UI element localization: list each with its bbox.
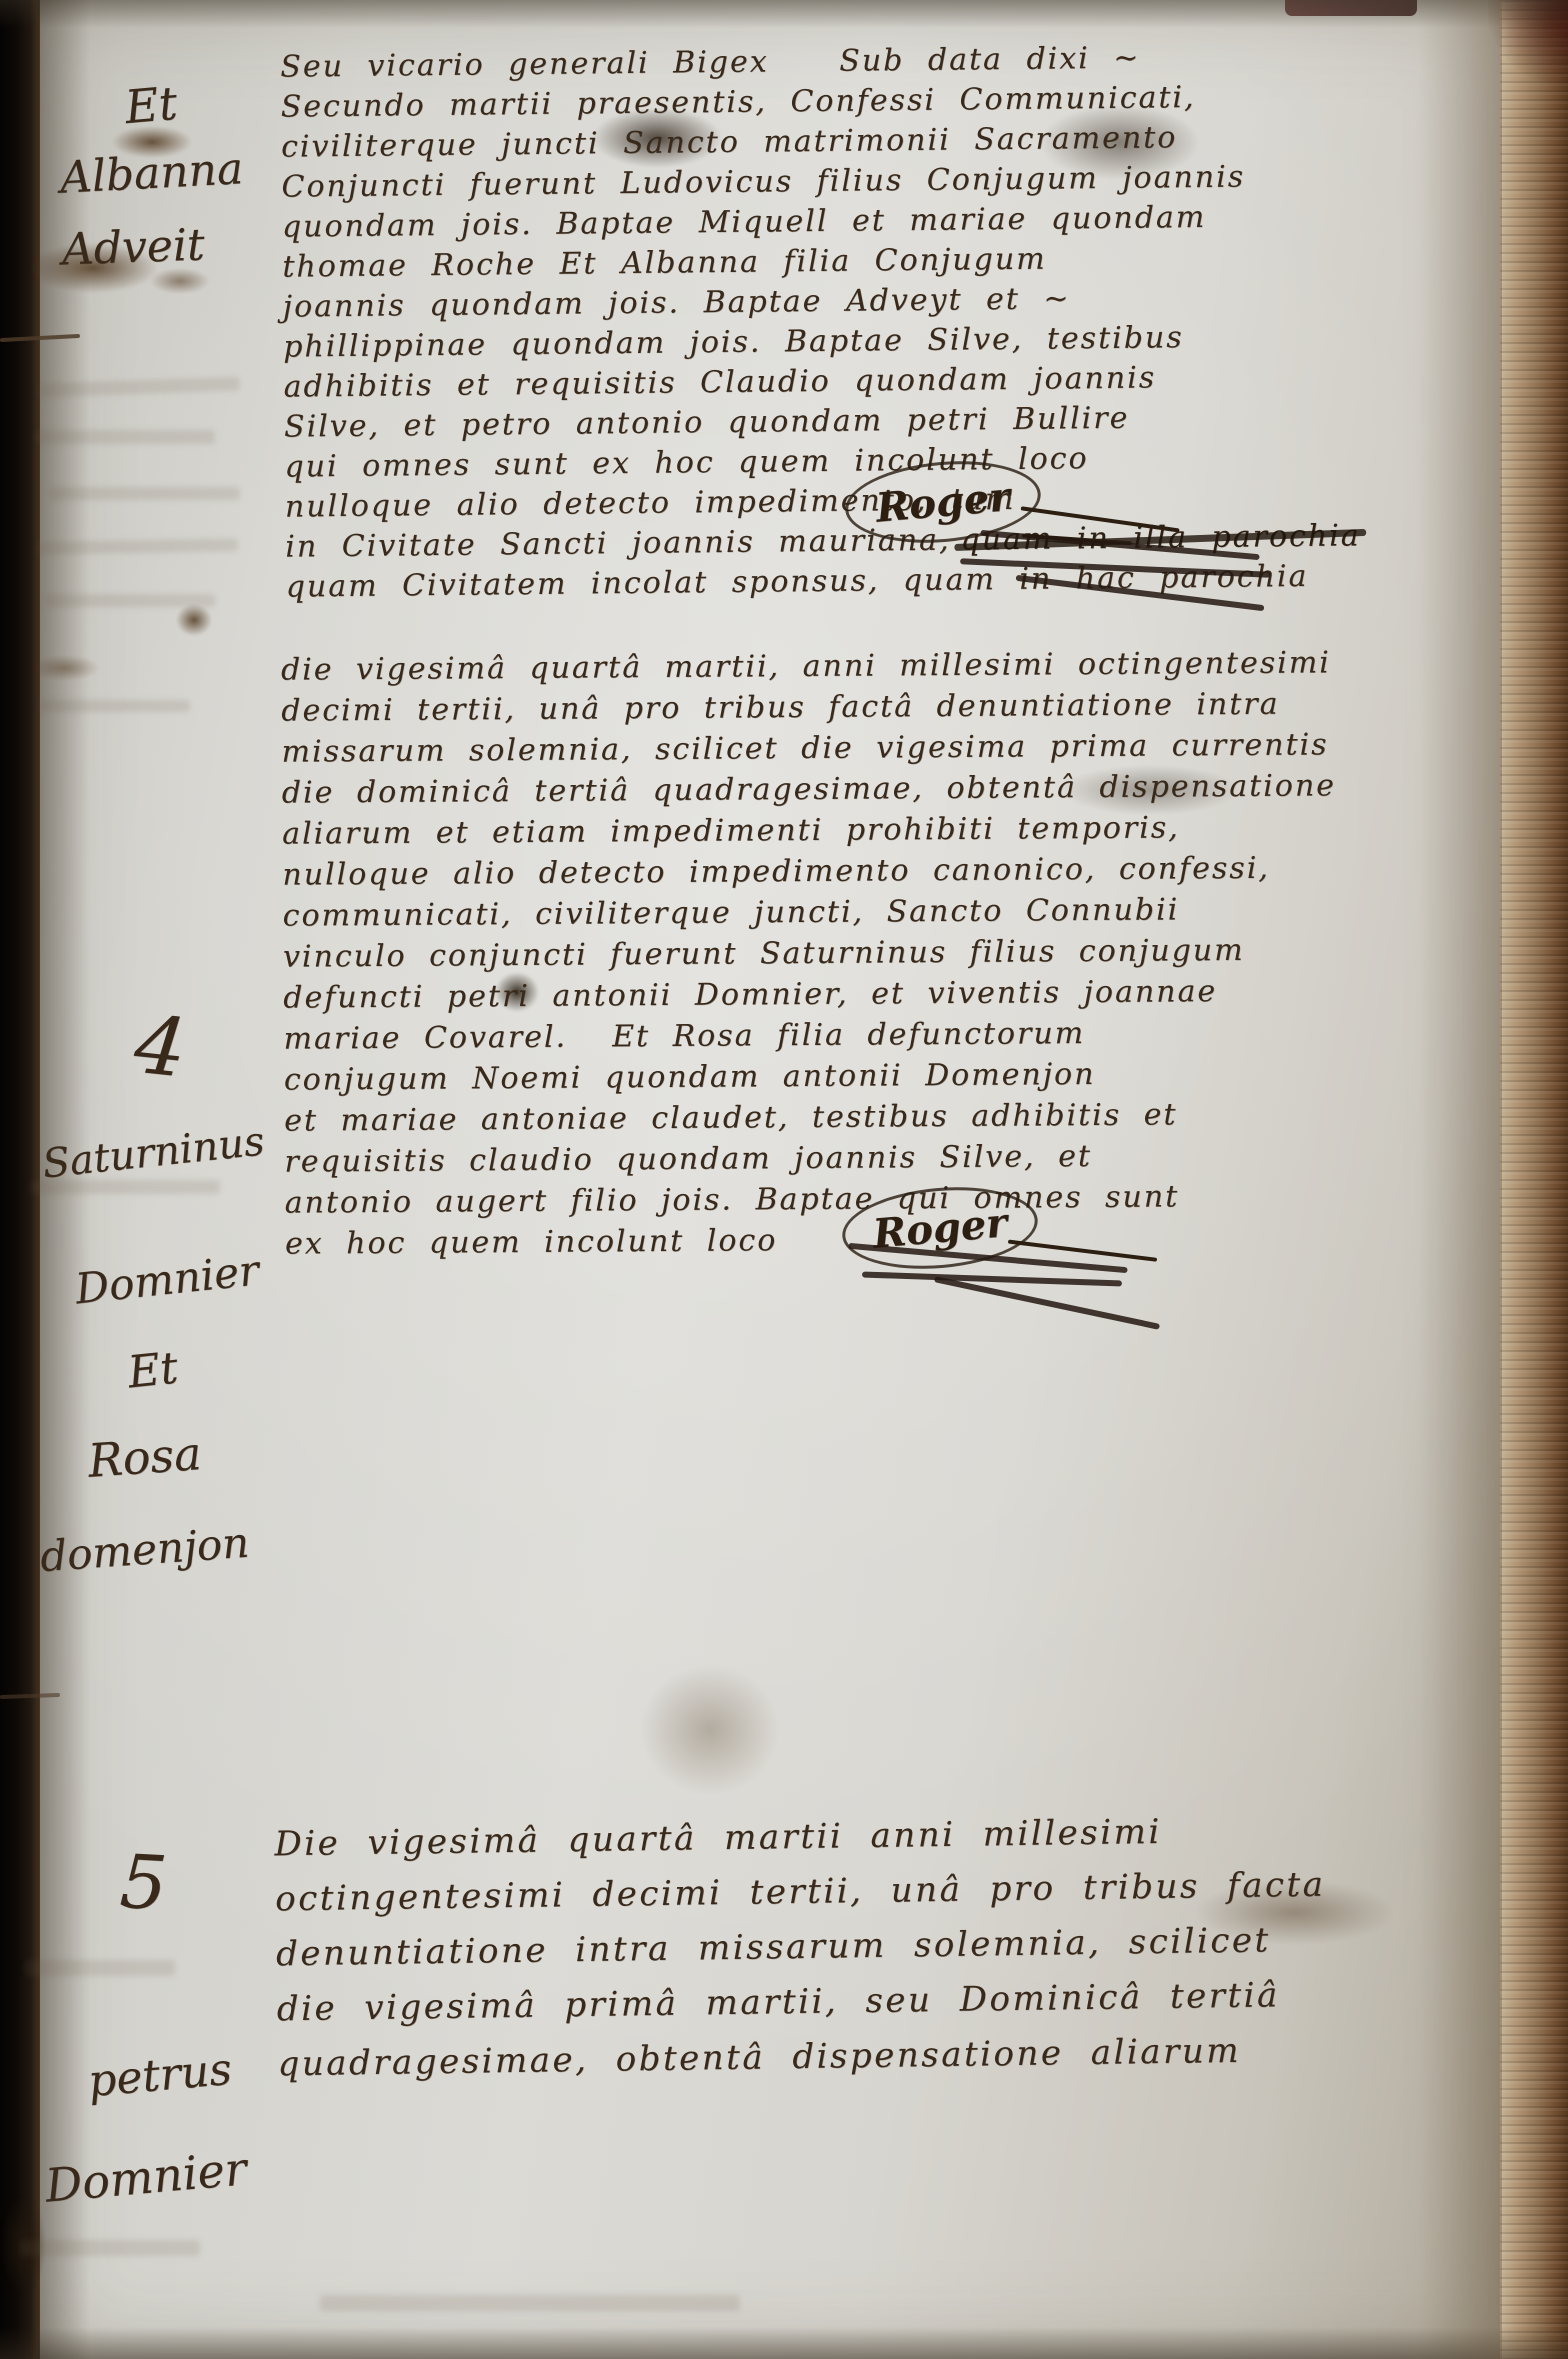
ink-bleedthrough <box>20 2240 200 2256</box>
margin-note-bride-name: Rosa <box>86 1426 203 1488</box>
manuscript-line: decimi tertii, unâ pro tribus factâ denu… <box>281 683 1335 731</box>
margin-note: Et <box>125 1343 180 1399</box>
entry-number: 4 <box>130 998 190 1096</box>
manuscript-line: requisitis claudio quondam joannis Silve… <box>284 1134 1338 1182</box>
entry-number: 5 <box>118 1839 170 1927</box>
signature-name: Roger <box>874 473 1012 532</box>
shading-overlay-bottom <box>0 2327 1568 2359</box>
ink-bleedthrough <box>45 594 215 607</box>
margin-note-bride-surname: Adveit <box>61 220 205 276</box>
ink-bleedthrough <box>35 430 215 444</box>
stain <box>30 655 100 681</box>
margin-note-bride-name: Albanna <box>59 143 245 204</box>
manuscript-line-text: in Civitate Sancti joannis mauriana, <box>285 523 951 565</box>
manuscript-line: defuncti petri antonii Domnier, et viven… <box>283 970 1337 1018</box>
manuscript-line: ex hoc quem incolunt loco <box>285 1216 1339 1264</box>
page-edge-stack <box>1500 0 1568 2359</box>
ink-bleedthrough <box>25 1960 175 1976</box>
manuscript-line: missarum solemnia, scilicet die vigesima… <box>281 724 1335 772</box>
margin-note: Et <box>123 76 180 134</box>
ink-bleedthrough <box>320 2295 740 2311</box>
ink-bleedthrough <box>50 487 240 500</box>
shading-overlay-right <box>1418 0 1502 2359</box>
entry-body: Seu vicario generali Bigex Sub data dixi… <box>280 36 1361 607</box>
entry-body: die vigesimâ quartâ martii, anni millesi… <box>281 642 1339 1264</box>
manuscript-line: et mariae antoniae claudet, testibus adh… <box>284 1093 1338 1141</box>
entry-body: Die vigesimâ quartâ martii anni millesim… <box>274 1803 1328 2093</box>
manuscript-line: die vigesimâ quartâ martii, anni millesi… <box>281 642 1335 690</box>
manuscript-scan: Et Albanna Adveit Seu vicario generali B… <box>0 0 1568 2359</box>
manuscript-line: antonio augert filio jois. Baptae qui om… <box>285 1175 1339 1223</box>
shading-overlay-top <box>0 0 1568 28</box>
stain <box>640 1665 780 1795</box>
ink-bleedthrough <box>40 700 190 712</box>
ink-blot <box>176 604 212 636</box>
